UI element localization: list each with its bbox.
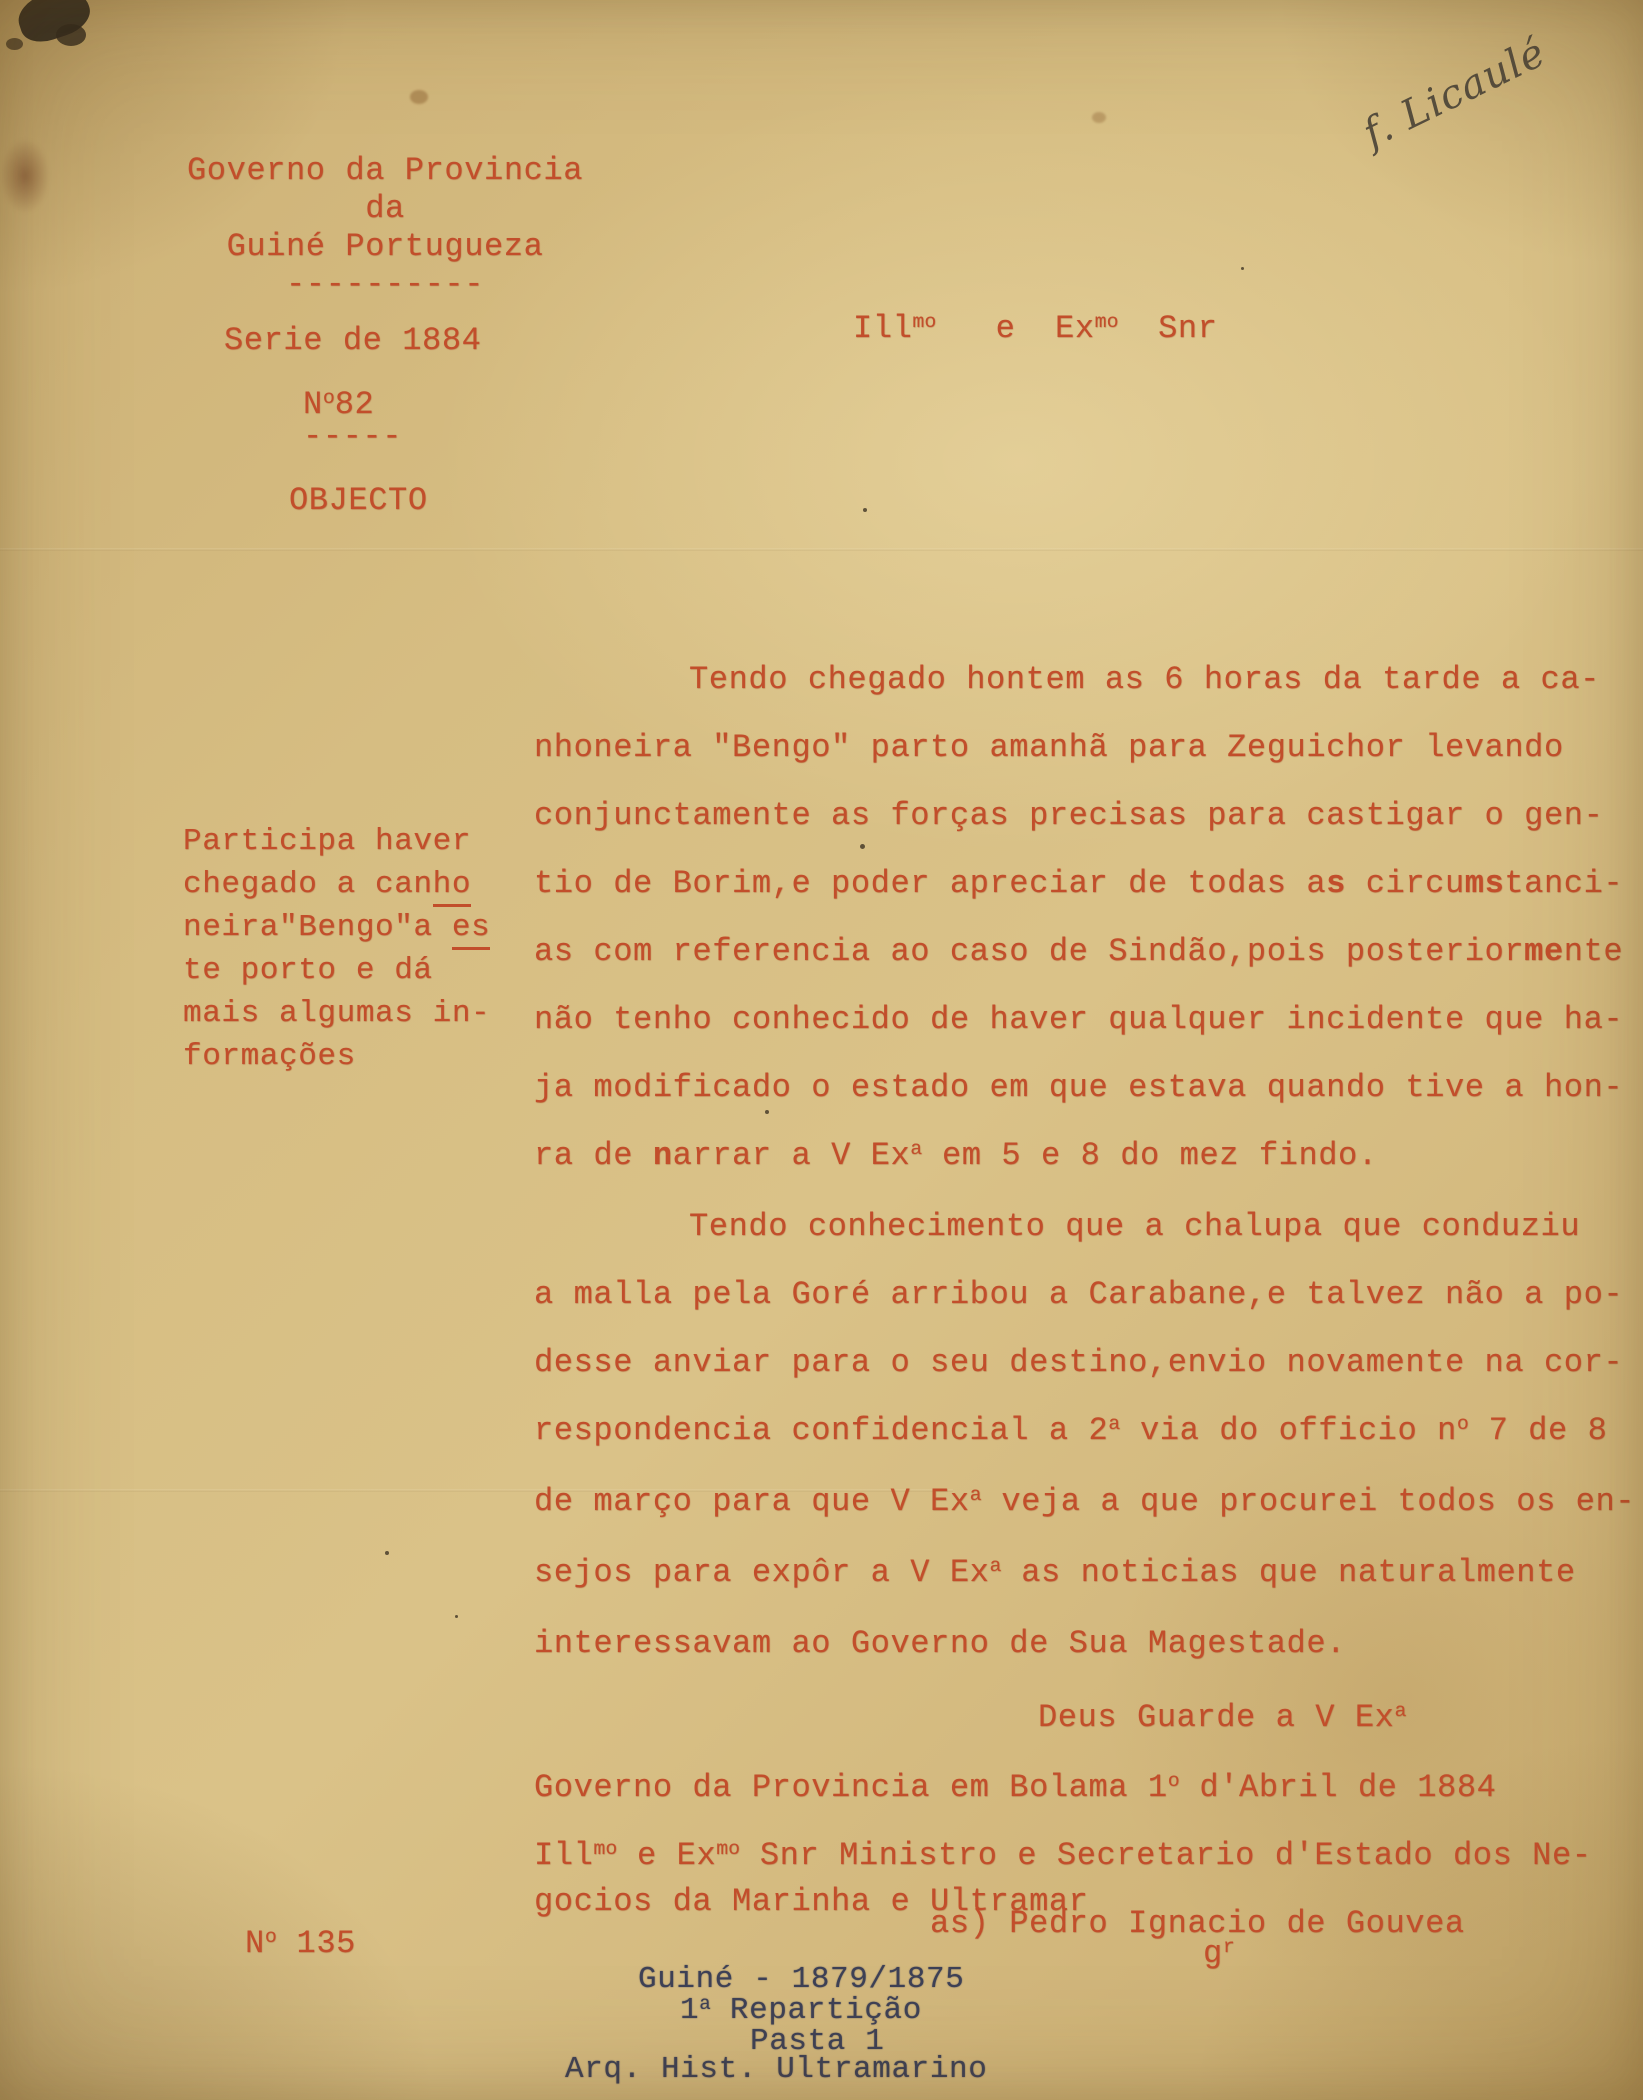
body-line: sejos para expôr a V Exa as noticias que…: [534, 1539, 1643, 1610]
place-and-date: Governo da Provincia em Bolama 1o d'Abri…: [534, 1772, 1496, 1804]
paper-speck: [1241, 267, 1244, 270]
letterhead: Governo da Provincia da Guiné Portugueza…: [150, 152, 620, 304]
body-line: Tendo chegado hontem as 6 horas da tarde…: [534, 646, 1643, 714]
archive-name-line: Arq. Hist. Ultramarino: [565, 2054, 987, 2085]
body-line: as com referencia ao caso de Sindão,pois…: [534, 918, 1643, 986]
stain: [1092, 112, 1106, 123]
margin-note-line: formações: [183, 1035, 543, 1078]
series-label: Serie de 1884: [224, 322, 481, 359]
paper-speck: [455, 1615, 458, 1618]
body-line: conjunctamente as forças precisas para c…: [534, 782, 1643, 850]
objecto-label: OBJECTO: [289, 482, 428, 519]
body-line: nhoneira "Bengo" parto amanhã para Zegui…: [534, 714, 1643, 782]
addressee-line: Illmo e Exmo Snr Ministro e Secretario d…: [534, 1840, 1592, 1872]
signature-abbreviation: gr: [1203, 1938, 1235, 1970]
body-line: ra de narrar a V Exa em 5 e 8 do mez fin…: [534, 1122, 1643, 1193]
handwritten-annotation: f. Licaulé: [1356, 0, 1628, 157]
recipient-salutation: Illmo e Exmo Snr: [853, 310, 1218, 347]
body-line: não tenho conhecido de haver qualquer in…: [534, 986, 1643, 1054]
body-line: Tendo conhecimento que a chalupa que con…: [534, 1193, 1643, 1261]
letterhead-line: Governo da Provincia: [150, 152, 620, 190]
body-line: interessavam ao Governo de Sua Magestade…: [534, 1610, 1643, 1678]
margin-note-line: mais algumas in-: [183, 992, 543, 1035]
margin-note-line: te porto e dá: [183, 949, 543, 992]
number-divider: -----: [303, 418, 402, 455]
stain: [410, 90, 428, 104]
archive-fond-line: Guiné - 1879/1875: [638, 1964, 964, 1995]
body-line: ja modificado o estado em que estava qua…: [534, 1054, 1643, 1122]
edge-smudge: [0, 138, 50, 214]
body-line: respondencia confidencial a 2a via do of…: [534, 1397, 1643, 1468]
registry-number: No 135: [245, 1928, 356, 1960]
fold-crease: [0, 548, 1643, 551]
paper-speck: [863, 508, 867, 512]
scanned-letter-page: f. Licaulé Governo da Provincia da Guiné…: [0, 0, 1643, 2100]
margin-note-line: Participa haver: [183, 820, 543, 863]
letter-body: Tendo chegado hontem as 6 horas da tarde…: [534, 646, 1643, 1678]
margin-note-line: neira"Bengo"a es: [183, 906, 543, 949]
body-line: a malla pela Goré arribou a Carabane,e t…: [534, 1261, 1643, 1329]
ink-blot: [56, 24, 86, 46]
archive-section-line: 1a Repartição: [680, 1995, 922, 2026]
margin-note-line: chegado a canho: [183, 863, 543, 906]
letterhead-divider: ----------: [150, 266, 620, 304]
body-line: desse anviar para o seu destino,envio no…: [534, 1329, 1643, 1397]
letterhead-line: da: [150, 190, 620, 228]
body-line: tio de Borim,e poder apreciar de todas a…: [534, 850, 1643, 918]
letterhead-line: Guiné Portugueza: [150, 228, 620, 266]
ink-blot: [13, 0, 96, 48]
margin-summary-note: Participa haver chegado a canho neira"Be…: [183, 820, 543, 1078]
paper-speck: [385, 1551, 389, 1555]
closing-salute: Deus Guarde a V Exa: [1038, 1702, 1406, 1734]
body-line: de março para que V Exa veja a que procu…: [534, 1468, 1643, 1539]
ink-blot: [6, 38, 23, 50]
signature-line: as) Pedro Ignacio de Gouvea: [930, 1908, 1465, 1940]
